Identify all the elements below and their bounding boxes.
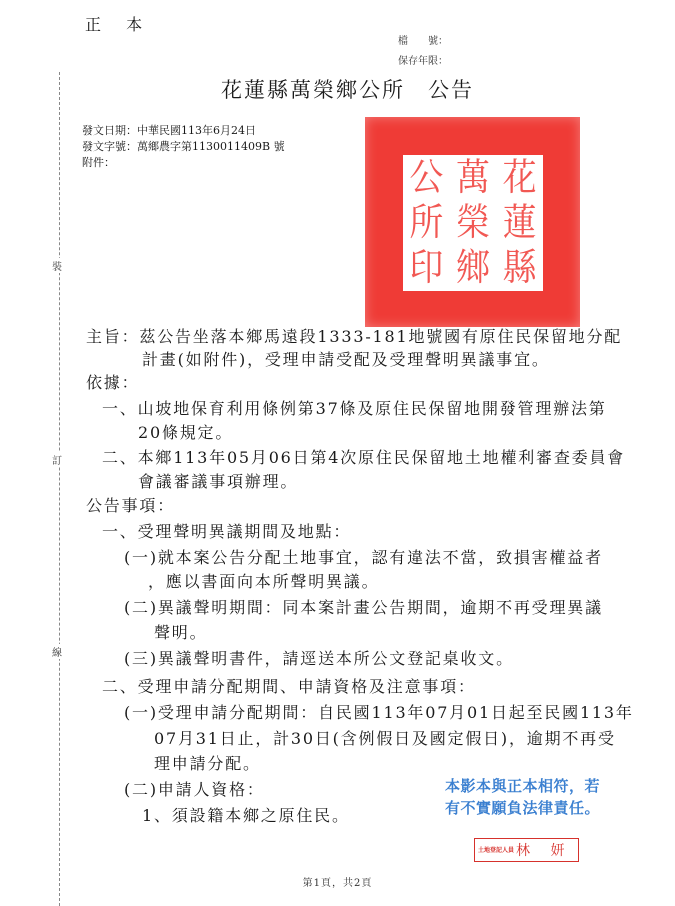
item-1-3: (三)異議聲明書件，請逕送本所公文登記桌收文。: [124, 648, 514, 671]
item-2-1-line-2: 07月31日止，計30日(含例假日及國定假日)，逾期不再受: [154, 728, 616, 751]
basis-item-1-line-1: 一、山坡地保育利用條例第37條及原住民保留地開發管理辦法第: [102, 398, 607, 421]
item-2-2-heading: (二)申請人資格：: [124, 779, 265, 802]
item-1-1-line-1: (一)就本案公告分配土地事宜，認有違法不當，致損害權益者: [124, 547, 603, 570]
certification-line-2: 有不實願負法律責任。: [445, 797, 600, 819]
page-number: 第1頁，共2頁: [0, 874, 675, 889]
item-1-heading: 一、受理聲明異議期間及地點：: [102, 521, 351, 544]
item-1-1-line-2: ，應以書面向本所聲明異議。: [148, 571, 379, 594]
item-1-2-line-2: 聲明。: [154, 622, 207, 645]
clerk-role: 土地登記人員: [478, 847, 514, 854]
item-2-heading: 二、受理申請分配期間、申請資格及注意事項：: [102, 676, 476, 699]
clerk-name-stamp: 土地登記人員 林 妍: [474, 838, 579, 862]
item-2-2-1: 1、須設籍本鄉之原住民。: [142, 805, 350, 828]
binding-mark-zhuang: 裝: [52, 258, 62, 273]
basis-item-1-line-2: 20條規定。: [138, 422, 233, 445]
binding-margin-line: [59, 72, 60, 906]
subject-line-2: 計畫(如附件)，受理申請受配及受理聲明異議事宜。: [142, 349, 550, 372]
binding-mark-xian: 線: [52, 644, 62, 659]
subject-line-1: 主旨：茲公告坐落本鄉馬遠段1333-181地號國有原住民保留地分配: [86, 326, 622, 349]
basis-item-2-line-2: 會議審議事項辦理。: [138, 471, 298, 494]
basis-heading: 依據：: [86, 372, 139, 395]
clerk-name: 林 妍: [516, 840, 572, 860]
item-1-2-line-1: (二)異議聲明期間：同本案計畫公告期間，逾期不再受理異議: [124, 597, 603, 620]
binding-mark-ding: 訂: [52, 452, 62, 467]
notice-heading: 公告事項：: [86, 495, 175, 518]
item-2-1-line-1: (一)受理申請分配期間：自民國113年07月01日起至民國113年: [124, 702, 634, 725]
item-2-1-line-3: 理申請分配。: [154, 753, 261, 776]
certification-stamp: 本影本與正本相符，若 有不實願負法律責任。: [445, 775, 600, 819]
certification-line-1: 本影本與正本相符，若: [445, 775, 600, 797]
notice-body: 主旨：茲公告坐落本鄉馬遠段1333-181地號國有原住民保留地分配 計畫(如附件…: [86, 0, 626, 906]
basis-item-2-line-1: 二、本鄉113年05月06日第4次原住民保留地土地權利審查委員會: [102, 447, 625, 470]
